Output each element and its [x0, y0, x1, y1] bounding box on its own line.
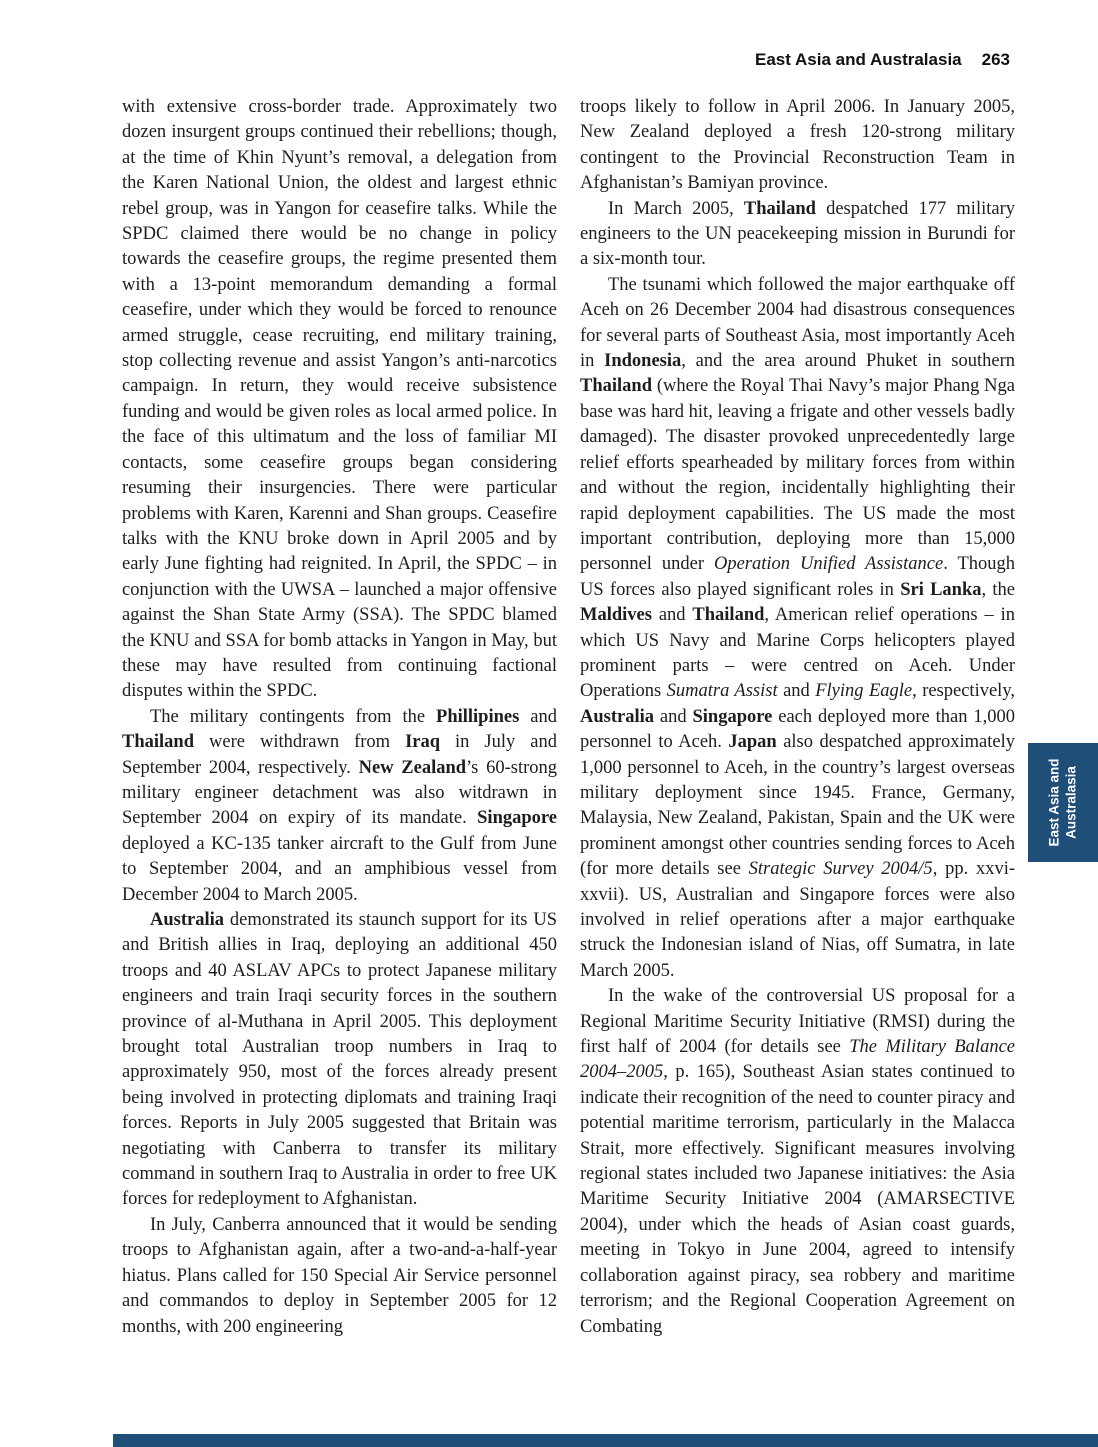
text-run: Thailand [122, 732, 194, 752]
text-run: Flying Eagle [815, 681, 912, 701]
text-run: (where the Royal Thai Navy’s major Phang… [580, 376, 1015, 574]
text-run: Singapore [477, 808, 557, 828]
text-run: were withdrawn from [194, 732, 405, 752]
text-run: and [778, 681, 816, 701]
text-run: Japan [728, 732, 776, 752]
text-run: Iraq [405, 732, 440, 752]
text-run: Australia [580, 707, 654, 727]
text-run: and [519, 707, 557, 727]
text-columns: with extensive cross-border trade. Appro… [122, 95, 1015, 1340]
text-run: Sumatra Assist [667, 681, 778, 701]
text-run: Maldives [580, 605, 652, 625]
footer-color-bar [113, 1434, 1098, 1447]
text-column-left: with extensive cross-border trade. Appro… [122, 95, 557, 1340]
text-run: troops likely to follow in April 2006. I… [580, 97, 1015, 193]
running-header: East Asia and Australasia 263 [755, 50, 1010, 70]
text-run: The military contingents from the [150, 707, 436, 727]
text-run: deployed a KC-135 tanker aircraft to the… [122, 834, 557, 905]
chapter-thumb-tab-line1: East Asia and [1047, 758, 1062, 846]
text-run: with extensive cross-border trade. Appro… [122, 97, 557, 701]
page-number: 263 [982, 50, 1010, 70]
text-run: Sri Lanka [900, 580, 981, 600]
paragraph: In the wake of the controversial US prop… [580, 984, 1015, 1340]
text-run: Singapore [693, 707, 773, 727]
text-run: New Zealand [359, 758, 466, 778]
text-run: Strategic Survey 2004/5 [749, 859, 933, 879]
text-run: Thailand [580, 376, 652, 396]
text-run: demonstrated its staunch support for its… [122, 910, 557, 1209]
text-run: , respectively, [912, 681, 1015, 701]
text-column-right: troops likely to follow in April 2006. I… [580, 95, 1015, 1340]
chapter-thumb-tab-label: East Asia and Australasia [1047, 758, 1080, 846]
text-run: In July, Canberra announced that it woul… [122, 1215, 557, 1337]
text-run: Thailand [744, 199, 816, 219]
text-run: , the [982, 580, 1015, 600]
paragraph: In July, Canberra announced that it woul… [122, 1213, 557, 1340]
text-run: Phillipines [436, 707, 519, 727]
text-run: , p. 165), Southeast Asian states contin… [580, 1062, 1015, 1336]
paragraph: The military contingents from the Philli… [122, 705, 557, 908]
paragraph: Australia demonstrated its staunch suppo… [122, 908, 557, 1213]
chapter-thumb-tab-line2: Australasia [1063, 766, 1078, 839]
running-header-title: East Asia and Australasia [755, 50, 962, 70]
book-page: East Asia and Australasia 263 with exten… [0, 0, 1098, 1447]
text-run: Operation Unified Assistance [714, 554, 943, 574]
text-run: Indonesia [604, 351, 681, 371]
text-run: also despatched approximately 1,000 pers… [580, 732, 1015, 879]
chapter-thumb-tab: East Asia and Australasia [1028, 743, 1098, 862]
text-run: In March 2005, [608, 199, 744, 219]
text-run: and [652, 605, 692, 625]
text-run: Australia [150, 910, 224, 930]
paragraph: In March 2005, Thailand despatched 177 m… [580, 197, 1015, 273]
text-run: and [654, 707, 693, 727]
paragraph: The tsunami which followed the major ear… [580, 273, 1015, 984]
text-run: , and the area around Phuket in southern [681, 351, 1015, 371]
paragraph: with extensive cross-border trade. Appro… [122, 95, 557, 705]
paragraph: troops likely to follow in April 2006. I… [580, 95, 1015, 197]
text-run: Thailand [692, 605, 764, 625]
